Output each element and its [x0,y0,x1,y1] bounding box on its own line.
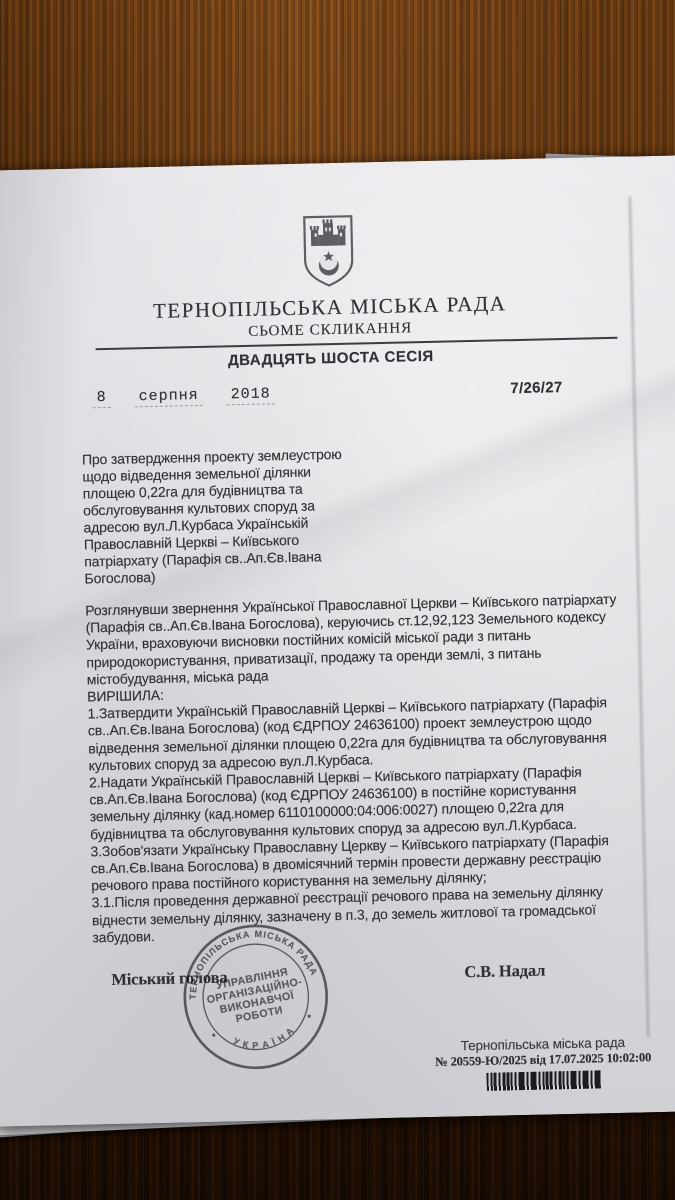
resolution-item-1: 1.Затвердити Українській Православній Це… [87,694,632,775]
date-year: 2018 [226,385,274,405]
official-stamp: ТЕРНОПІЛЬСЬКА МІСЬКА РАДА У К Р А Ї Н А … [166,907,345,1086]
document-paper: ТЕРНОПІЛЬСЬКА МІСЬКА РАДА СЬОМЕ СКЛИКАНН… [0,155,675,1126]
subject-block: Про затвердження проекту землеустрою щод… [82,446,347,588]
registration-stamp: Тернопільська міська рада № 20559-Ю/2025… [425,1034,662,1092]
resolution-item-2: 2.Надати Українській Православній Церкві… [89,763,634,844]
signature-name: С.В. Надал [464,961,545,983]
barcode [486,1070,600,1090]
decision-date: 8 серпня 2018 [92,385,288,406]
date-row: 8 серпня 2018 7/26/27 [92,379,562,406]
page-ref: 7/26/27 [510,379,563,397]
date-day: 8 [92,389,110,408]
preamble: Розглянувши звернення Української Правос… [85,590,637,688]
photo-of-council-decision: { "document": { "header": { "org_name": … [0,0,675,1200]
ternopil-coat-of-arms-icon [297,212,361,289]
stamp-ring-text-bottom: У К Р А Ї Н А [230,1024,298,1056]
svg-text:У К Р А Ї Н А: У К Р А Ї Н А [230,1024,298,1056]
date-month: серпня [134,387,202,407]
